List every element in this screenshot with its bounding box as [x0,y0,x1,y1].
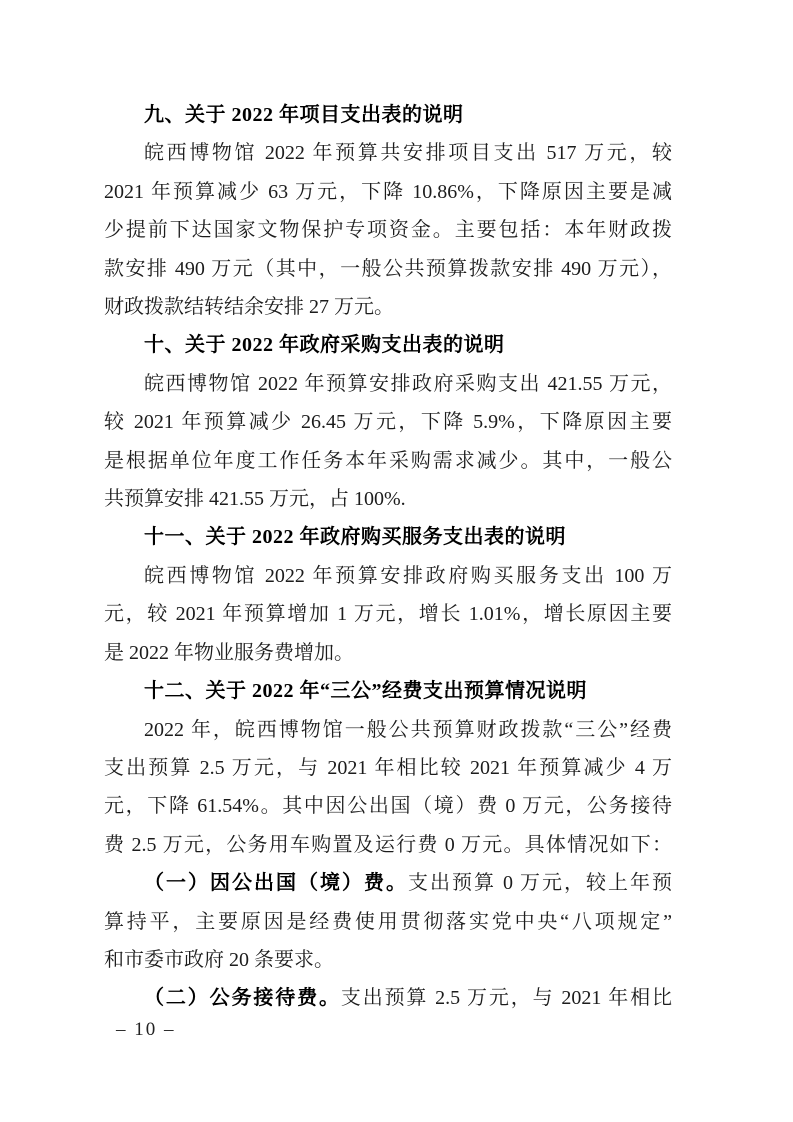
item-1-lead: （一）因公出国（境）费。 [144,872,408,894]
item-1-line: （一）因公出国（境）费。支出预算 0 万元，较上年预 [104,864,672,902]
text-line: 元，较 2021 年预算增加 1 万元，增长 1.01%，增长原因主要 [104,595,672,633]
section-11-heading: 十一、关于 2022 年政府购买服务支出表的说明 [104,518,672,556]
text-line: 和市委市政府 20 条要求。 [104,941,672,979]
text-line: 皖西博物馆 2022 年预算共安排项目支出 517 万元，较 [104,134,672,172]
page-number: – 10 – [116,1019,176,1041]
text-line: 财政拨款结转结余安排 27 万元。 [104,288,672,326]
section-9-heading: 九、关于 2022 年项目支出表的说明 [104,96,672,134]
section-10-heading: 十、关于 2022 年政府采购支出表的说明 [104,326,672,364]
text-line: 皖西博物馆 2022 年预算安排政府采购支出 421.55 万元， [104,365,672,403]
text-line: 较 2021 年预算减少 26.45 万元，下降 5.9%，下降原因主要 [104,403,672,441]
text-line: 算持平，主要原因是经费使用贯彻落实党中央“八项规定” [104,903,672,941]
item-1-text: 支出预算 0 万元，较上年预 [408,872,672,894]
item-2-lead: （二）公务接待费。 [144,987,341,1009]
section-12-heading: 十二、关于 2022 年“三公”经费支出预算情况说明 [104,672,672,710]
text-line: 皖西博物馆 2022 年预算安排政府购买服务支出 100 万 [104,557,672,595]
text-line: 共预算安排 421.55 万元，占 100%. [104,480,672,518]
document-body: 九、关于 2022 年项目支出表的说明 皖西博物馆 2022 年预算共安排项目支… [104,96,672,1018]
text-line: 费 2.5 万元，公务用车购置及运行费 0 万元。具体情况如下： [104,826,672,864]
text-line: 元，下降 61.54%。其中因公出国（境）费 0 万元，公务接待 [104,787,672,825]
document-page: 九、关于 2022 年项目支出表的说明 皖西博物馆 2022 年预算共安排项目支… [0,0,793,1122]
text-line: 2021 年预算减少 63 万元，下降 10.86%，下降原因主要是减 [104,173,672,211]
text-line: 是根据单位年度工作任务本年采购需求减少。其中，一般公 [104,442,672,480]
text-line: 2022 年，皖西博物馆一般公共预算财政拨款“三公”经费 [104,711,672,749]
text-line: 款安排 490 万元（其中，一般公共预算拨款安排 490 万元）， [104,250,672,288]
text-line: 支出预算 2.5 万元，与 2021 年相比较 2021 年预算减少 4 万 [104,749,672,787]
item-2-line: （二）公务接待费。支出预算 2.5 万元，与 2021 年相比 [104,979,672,1017]
text-line: 是 2022 年物业服务费增加。 [104,634,672,672]
item-2-text: 支出预算 2.5 万元，与 2021 年相比 [341,987,672,1009]
text-line: 少提前下达国家文物保护专项资金。主要包括：本年财政拨 [104,211,672,249]
